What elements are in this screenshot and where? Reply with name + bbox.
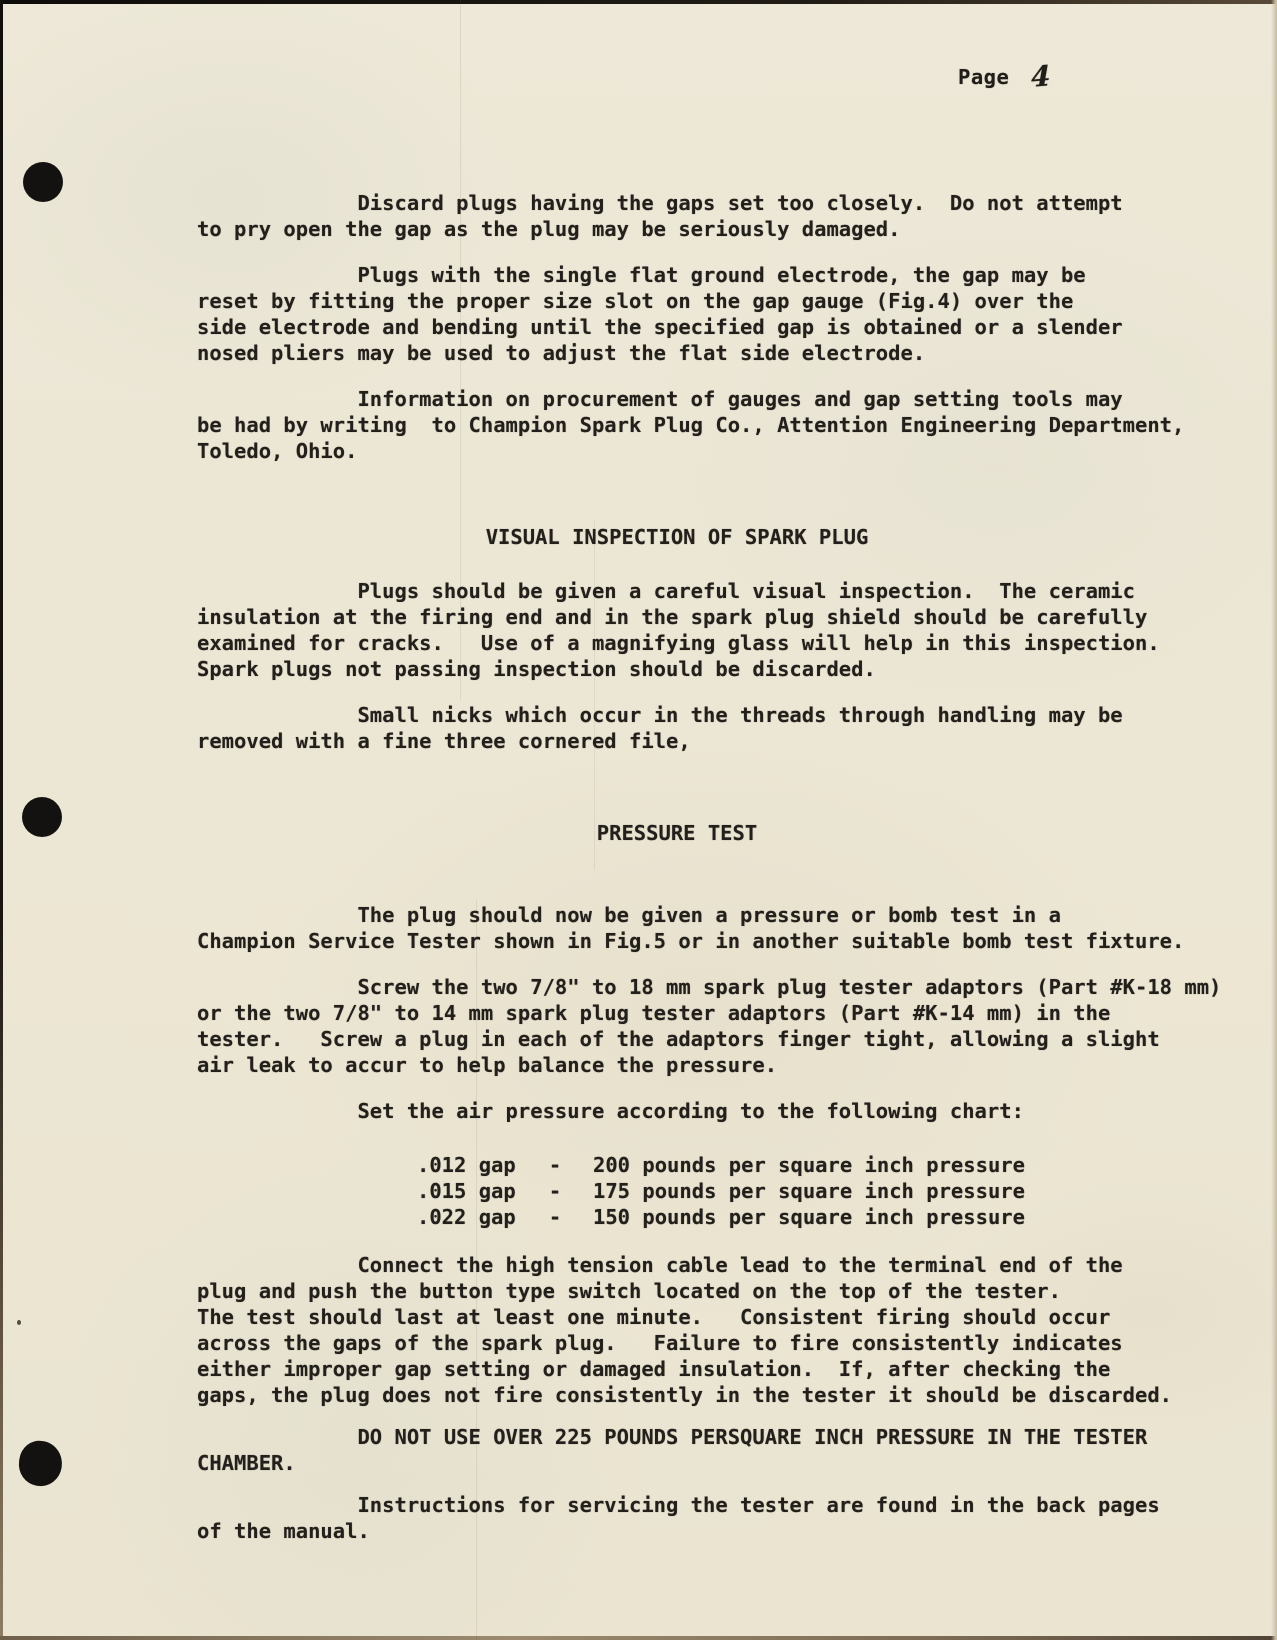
punch-hole-middle (22, 797, 62, 837)
document-page: Page4 Discard plugs having the gaps set … (0, 0, 1277, 1640)
chart-gap-value: .012 gap (417, 1152, 517, 1178)
chart-gap-value: .015 gap (417, 1178, 517, 1204)
chart-dash: - (517, 1178, 593, 1204)
paragraph-bomb-test: The plug should now be given a pressure … (197, 902, 1157, 954)
pressure-chart: .012 gap - 200 pounds per square inch pr… (197, 1152, 1157, 1230)
paragraph-flat-electrode: Plugs with the single flat ground electr… (197, 262, 1157, 366)
document-body: Discard plugs having the gaps set too cl… (197, 0, 1157, 1544)
paragraph-procurement: Information on procurement of gauges and… (197, 386, 1157, 464)
scan-edge-left (0, 0, 3, 1640)
chart-dash: - (517, 1152, 593, 1178)
chart-pressure-value: 175 pounds per square inch pressure (593, 1178, 1025, 1204)
paragraph-set-air-pressure: Set the air pressure according to the fo… (197, 1098, 1157, 1124)
paragraph-discard-plugs: Discard plugs having the gaps set too cl… (197, 190, 1157, 242)
section-heading-visual-inspection: VISUAL INSPECTION OF SPARK PLUG (197, 524, 1157, 550)
chart-row: .012 gap - 200 pounds per square inch pr… (417, 1152, 1157, 1178)
scan-edge-bottom (0, 1636, 1277, 1640)
paragraph-pressure-warning: DO NOT USE OVER 225 POUNDS PERSQUARE INC… (197, 1424, 1157, 1476)
paragraph-small-nicks: Small nicks which occur in the threads t… (197, 702, 1157, 754)
chart-row: .022 gap - 150 pounds per square inch pr… (417, 1204, 1157, 1230)
paragraph-servicing-instructions: Instructions for servicing the tester ar… (197, 1492, 1157, 1544)
scan-edge-right (1271, 0, 1277, 1640)
punch-hole-bottom (16, 1438, 65, 1489)
paragraph-connect-cable: Connect the high tension cable lead to t… (197, 1252, 1157, 1408)
section-heading-pressure-test: PRESSURE TEST (197, 820, 1157, 846)
chart-dash: - (517, 1204, 593, 1230)
chart-gap-value: .022 gap (417, 1204, 517, 1230)
paragraph-tester-adaptors: Screw the two 7/8" to 18 mm spark plug t… (197, 974, 1157, 1078)
paragraph-visual-inspection: Plugs should be given a careful visual i… (197, 578, 1157, 682)
chart-row: .015 gap - 175 pounds per square inch pr… (417, 1178, 1157, 1204)
punch-hole-top (23, 162, 63, 202)
chart-pressure-value: 150 pounds per square inch pressure (593, 1204, 1025, 1230)
ink-speck (17, 1320, 21, 1325)
chart-pressure-value: 200 pounds per square inch pressure (593, 1152, 1025, 1178)
